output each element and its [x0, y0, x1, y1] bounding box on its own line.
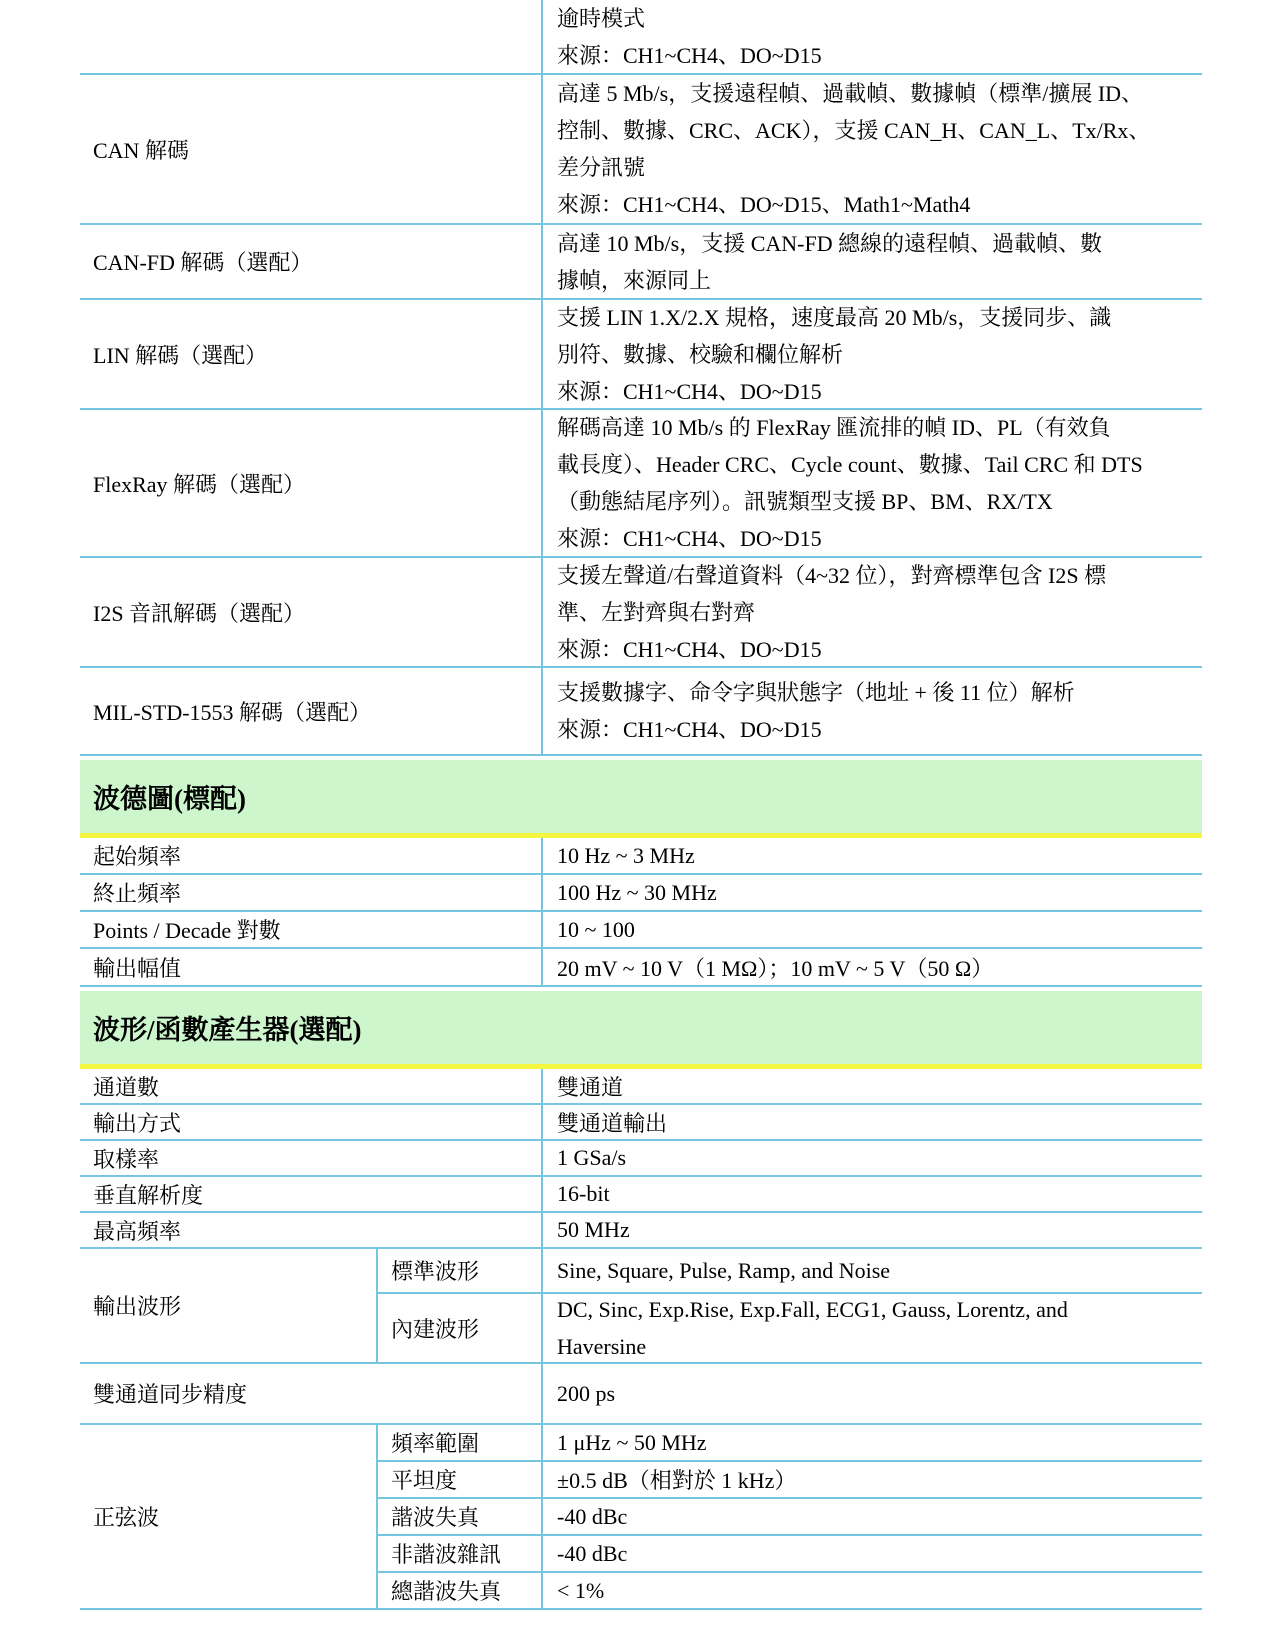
group-label: 正弦波 — [80, 1425, 378, 1608]
row-label: I2S 音訊解碼（選配） — [80, 558, 543, 666]
table-row: FlexRay 解碼（選配） 解碼高達 10 Mb/s 的 FlexRay 匯流… — [80, 410, 1202, 558]
table-row: 非諧波雜訊 -40 dBc — [378, 1536, 1202, 1573]
row-value: DC, Sinc, Exp.Rise, Exp.Fall, ECG1, Gaus… — [543, 1294, 1202, 1362]
row-label: 終止頻率 — [80, 875, 543, 910]
section-header-bode-plot: 波德圖(標配) — [80, 760, 1202, 838]
row-value: -40 dBc — [543, 1536, 1202, 1571]
table-row: 標準波形 Sine, Square, Pulse, Ramp, and Nois… — [378, 1249, 1202, 1294]
row-label: 輸出幅值 — [80, 949, 543, 985]
row-value: 200 ps — [543, 1364, 1202, 1423]
row-value: 支援數據字、命令字與狀態字（地址 + 後 11 位）解析 來源：CH1~CH4、… — [543, 668, 1202, 754]
row-label: CAN 解碼 — [80, 75, 543, 223]
table-row: CAN 解碼 高達 5 Mb/s，支援遠程幀、過載幀、數據幀（標準/擴展 ID、… — [80, 75, 1202, 225]
table-row: 內建波形 DC, Sinc, Exp.Rise, Exp.Fall, ECG1,… — [378, 1294, 1202, 1362]
row-value: 10 Hz ~ 3 MHz — [543, 838, 1202, 873]
row-value: 16-bit — [543, 1177, 1202, 1211]
row-label: 輸出方式 — [80, 1105, 543, 1139]
table-row: 輸出方式 雙通道輸出 — [80, 1105, 1202, 1141]
table-row: LIN 解碼（選配） 支援 LIN 1.X/2.X 規格，速度最高 20 Mb/… — [80, 300, 1202, 410]
section-header-waveform-generator: 波形/函數產生器(選配) — [80, 991, 1202, 1069]
table-row: 平坦度 ±0.5 dB（相對於 1 kHz） — [378, 1462, 1202, 1499]
row-label: 取樣率 — [80, 1141, 543, 1175]
sub-row-label: 頻率範圍 — [378, 1425, 543, 1460]
table-row: Points / Decade 對數 10 ~ 100 — [80, 912, 1202, 949]
table-row: 總諧波失真 < 1% — [378, 1573, 1202, 1608]
sub-row-label: 平坦度 — [378, 1462, 543, 1497]
row-value: 100 Hz ~ 30 MHz — [543, 875, 1202, 910]
row-value: 1 μHz ~ 50 MHz — [543, 1425, 1202, 1460]
row-value: 支援左聲道/右聲道資料（4~32 位），對齊標準包含 I2S 標 準、左對齊與右… — [543, 558, 1202, 666]
table-row: 取樣率 1 GSa/s — [80, 1141, 1202, 1177]
table-row: 頻率範圍 1 μHz ~ 50 MHz — [378, 1425, 1202, 1462]
row-value: 1 GSa/s — [543, 1141, 1202, 1175]
sub-row-label: 內建波形 — [378, 1294, 543, 1362]
sub-row-label: 標準波形 — [378, 1249, 543, 1292]
row-value: Sine, Square, Pulse, Ramp, and Noise — [543, 1249, 1202, 1292]
table-row: 諧波失真 -40 dBc — [378, 1499, 1202, 1536]
row-label: 雙通道同步精度 — [80, 1364, 543, 1423]
group-label: 輸出波形 — [80, 1249, 378, 1362]
row-value: ±0.5 dB（相對於 1 kHz） — [543, 1462, 1202, 1497]
row-label: 最高頻率 — [80, 1213, 543, 1247]
row-value: -40 dBc — [543, 1499, 1202, 1534]
row-value: 10 ~ 100 — [543, 912, 1202, 947]
spec-table: 逾時模式 來源：CH1~CH4、DO~D15 CAN 解碼 高達 5 Mb/s，… — [80, 0, 1202, 1610]
table-row: MIL-STD-1553 解碼（選配） 支援數據字、命令字與狀態字（地址 + 後… — [80, 668, 1202, 756]
row-label: Points / Decade 對數 — [80, 912, 543, 947]
row-value: 20 mV ~ 10 V（1 MΩ）；10 mV ~ 5 V（50 Ω） — [543, 949, 1202, 985]
row-label: MIL-STD-1553 解碼（選配） — [80, 668, 543, 754]
row-label: 通道數 — [80, 1069, 543, 1103]
output-waveform-group: 輸出波形 標準波形 Sine, Square, Pulse, Ramp, and… — [80, 1249, 1202, 1364]
sub-row-label: 諧波失真 — [378, 1499, 543, 1534]
table-row: 輸出幅值 20 mV ~ 10 V（1 MΩ）；10 mV ~ 5 V（50 Ω… — [80, 949, 1202, 987]
table-row: 逾時模式 來源：CH1~CH4、DO~D15 — [80, 0, 1202, 75]
row-value: 高達 10 Mb/s，支援 CAN-FD 總線的遠程幀、過載幀、數 據幀，來源同… — [543, 225, 1202, 298]
table-row: 最高頻率 50 MHz — [80, 1213, 1202, 1249]
row-value: 高達 5 Mb/s，支援遠程幀、過載幀、數據幀（標準/擴展 ID、 控制、數據、… — [543, 75, 1202, 223]
row-value: 支援 LIN 1.X/2.X 規格，速度最高 20 Mb/s，支援同步、識 別符… — [543, 300, 1202, 408]
sine-wave-group: 正弦波 頻率範圍 1 μHz ~ 50 MHz 平坦度 ±0.5 dB（相對於 … — [80, 1425, 1202, 1610]
row-label: CAN-FD 解碼（選配） — [80, 225, 543, 298]
table-row: 垂直解析度 16-bit — [80, 1177, 1202, 1213]
row-value: 50 MHz — [543, 1213, 1202, 1247]
row-label: LIN 解碼（選配） — [80, 300, 543, 408]
table-row: 起始頻率 10 Hz ~ 3 MHz — [80, 838, 1202, 875]
table-row: 雙通道同步精度 200 ps — [80, 1364, 1202, 1425]
table-row: 終止頻率 100 Hz ~ 30 MHz — [80, 875, 1202, 912]
row-label: 起始頻率 — [80, 838, 543, 873]
sub-row-label: 總諧波失真 — [378, 1573, 543, 1608]
table-row: CAN-FD 解碼（選配） 高達 10 Mb/s，支援 CAN-FD 總線的遠程… — [80, 225, 1202, 300]
row-label: FlexRay 解碼（選配） — [80, 410, 543, 556]
row-label — [80, 0, 543, 73]
row-value: 解碼高達 10 Mb/s 的 FlexRay 匯流排的幀 ID、PL（有效負 載… — [543, 410, 1202, 556]
table-row: I2S 音訊解碼（選配） 支援左聲道/右聲道資料（4~32 位），對齊標準包含 … — [80, 558, 1202, 668]
row-value: 雙通道輸出 — [543, 1105, 1202, 1139]
sub-row-label: 非諧波雜訊 — [378, 1536, 543, 1571]
row-value: 逾時模式 來源：CH1~CH4、DO~D15 — [543, 0, 1202, 73]
table-row: 通道數 雙通道 — [80, 1069, 1202, 1105]
row-label: 垂直解析度 — [80, 1177, 543, 1211]
row-value: 雙通道 — [543, 1069, 1202, 1103]
row-value: < 1% — [543, 1573, 1202, 1608]
